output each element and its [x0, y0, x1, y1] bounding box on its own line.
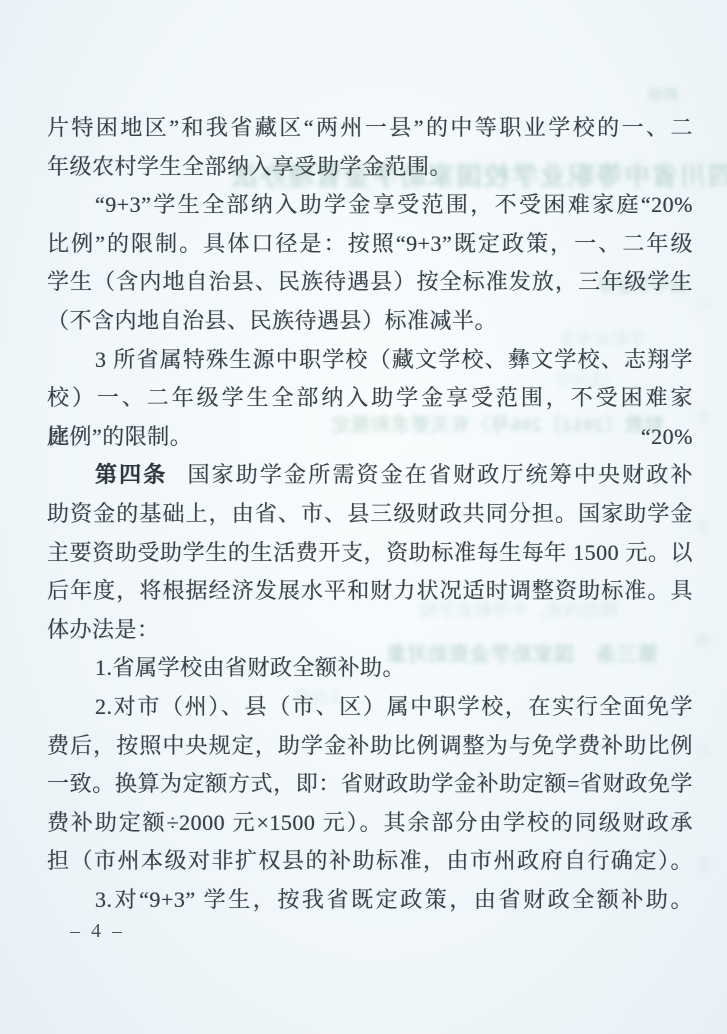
text-line: 助资金的基础上，由省、市、县三级财政共同分担。国家助学金 [47, 495, 693, 534]
text-line: 后年度，将根据经济发展水平和财力状况适时调整资助标准。具 [47, 572, 693, 611]
text-line: 主要资助受助学生的生活费开支，资助标准每生每年 1500 元。以 [47, 534, 693, 573]
text-line: （不含内地自治县、民族待遇县）标准减半。 [47, 302, 693, 341]
text-line: 2.对市（州）、县（市、区）属中职学校，在实行全面免学 [47, 688, 693, 727]
text-line: 担（市州本级对非扩权县的补助标准，由市州政府自行确定）。 [47, 842, 693, 881]
text-line: 学生（含内地自治县、民族待遇县）按全标准发放，三年级学生 [47, 263, 693, 302]
article-number-label: 第四条 [95, 462, 167, 487]
bleedthrough-text: 可 业 学 确 可 在 [694, 296, 717, 776]
text-line: 一致。换算为定额方式，即：省财政助学金补助定额=省财政免学 [47, 765, 693, 804]
text-line: 3.对“9+3” 学生，按我省既定政策，由省财政全额补助。 [47, 881, 693, 920]
text-line-article-4: 第四条国家助学金所需资金在省财政厅统筹中央财政补 [47, 456, 693, 495]
document-body: 片特困地区”和我省藏区“两州一县”的中等职业学校的一、二 年级农村学生全部纳入享… [47, 109, 693, 919]
text-line: 校）一、二年级学生全部纳入助学金享受范围，不受困难家庭“20% [47, 379, 693, 418]
article-text: 国家助学金所需资金在省财政厅统筹中央财政补 [187, 462, 693, 487]
text-line: 体办法是： [47, 611, 693, 650]
text-line: 片特困地区”和我省藏区“两州一县”的中等职业学校的一、二 [47, 109, 693, 148]
scanned-document-page: 附则 四川省中等职业学校国家助学金管理办法 由中学金等 学职业率等 （张年什 财… [0, 0, 727, 1034]
text-line: 3 所省属特殊生源中职学校（藏文学校、彝文学校、志翔学 [47, 341, 693, 380]
text-line: 费补助定额÷2000 元×1500 元）。其余部分由学校的同级财政承 [47, 804, 693, 843]
text-line: 1.省属学校由省财政全额补助。 [47, 649, 693, 688]
text-line: 费后，按照中央规定，助学金补助比例调整为与免学费补助比例 [47, 727, 693, 766]
bleedthrough-text: 附则 [648, 84, 678, 105]
text-line: 比例”的限制。具体口径是：按照“9+3”既定政策，一、二年级 [47, 225, 693, 264]
page-number: – 4 – [70, 920, 125, 943]
text-line: “9+3”学生全部纳入助学金享受范围，不受困难家庭“20% [47, 186, 693, 225]
text-line: 年级农村学生全部纳入享受助学金范围。 [47, 148, 693, 187]
